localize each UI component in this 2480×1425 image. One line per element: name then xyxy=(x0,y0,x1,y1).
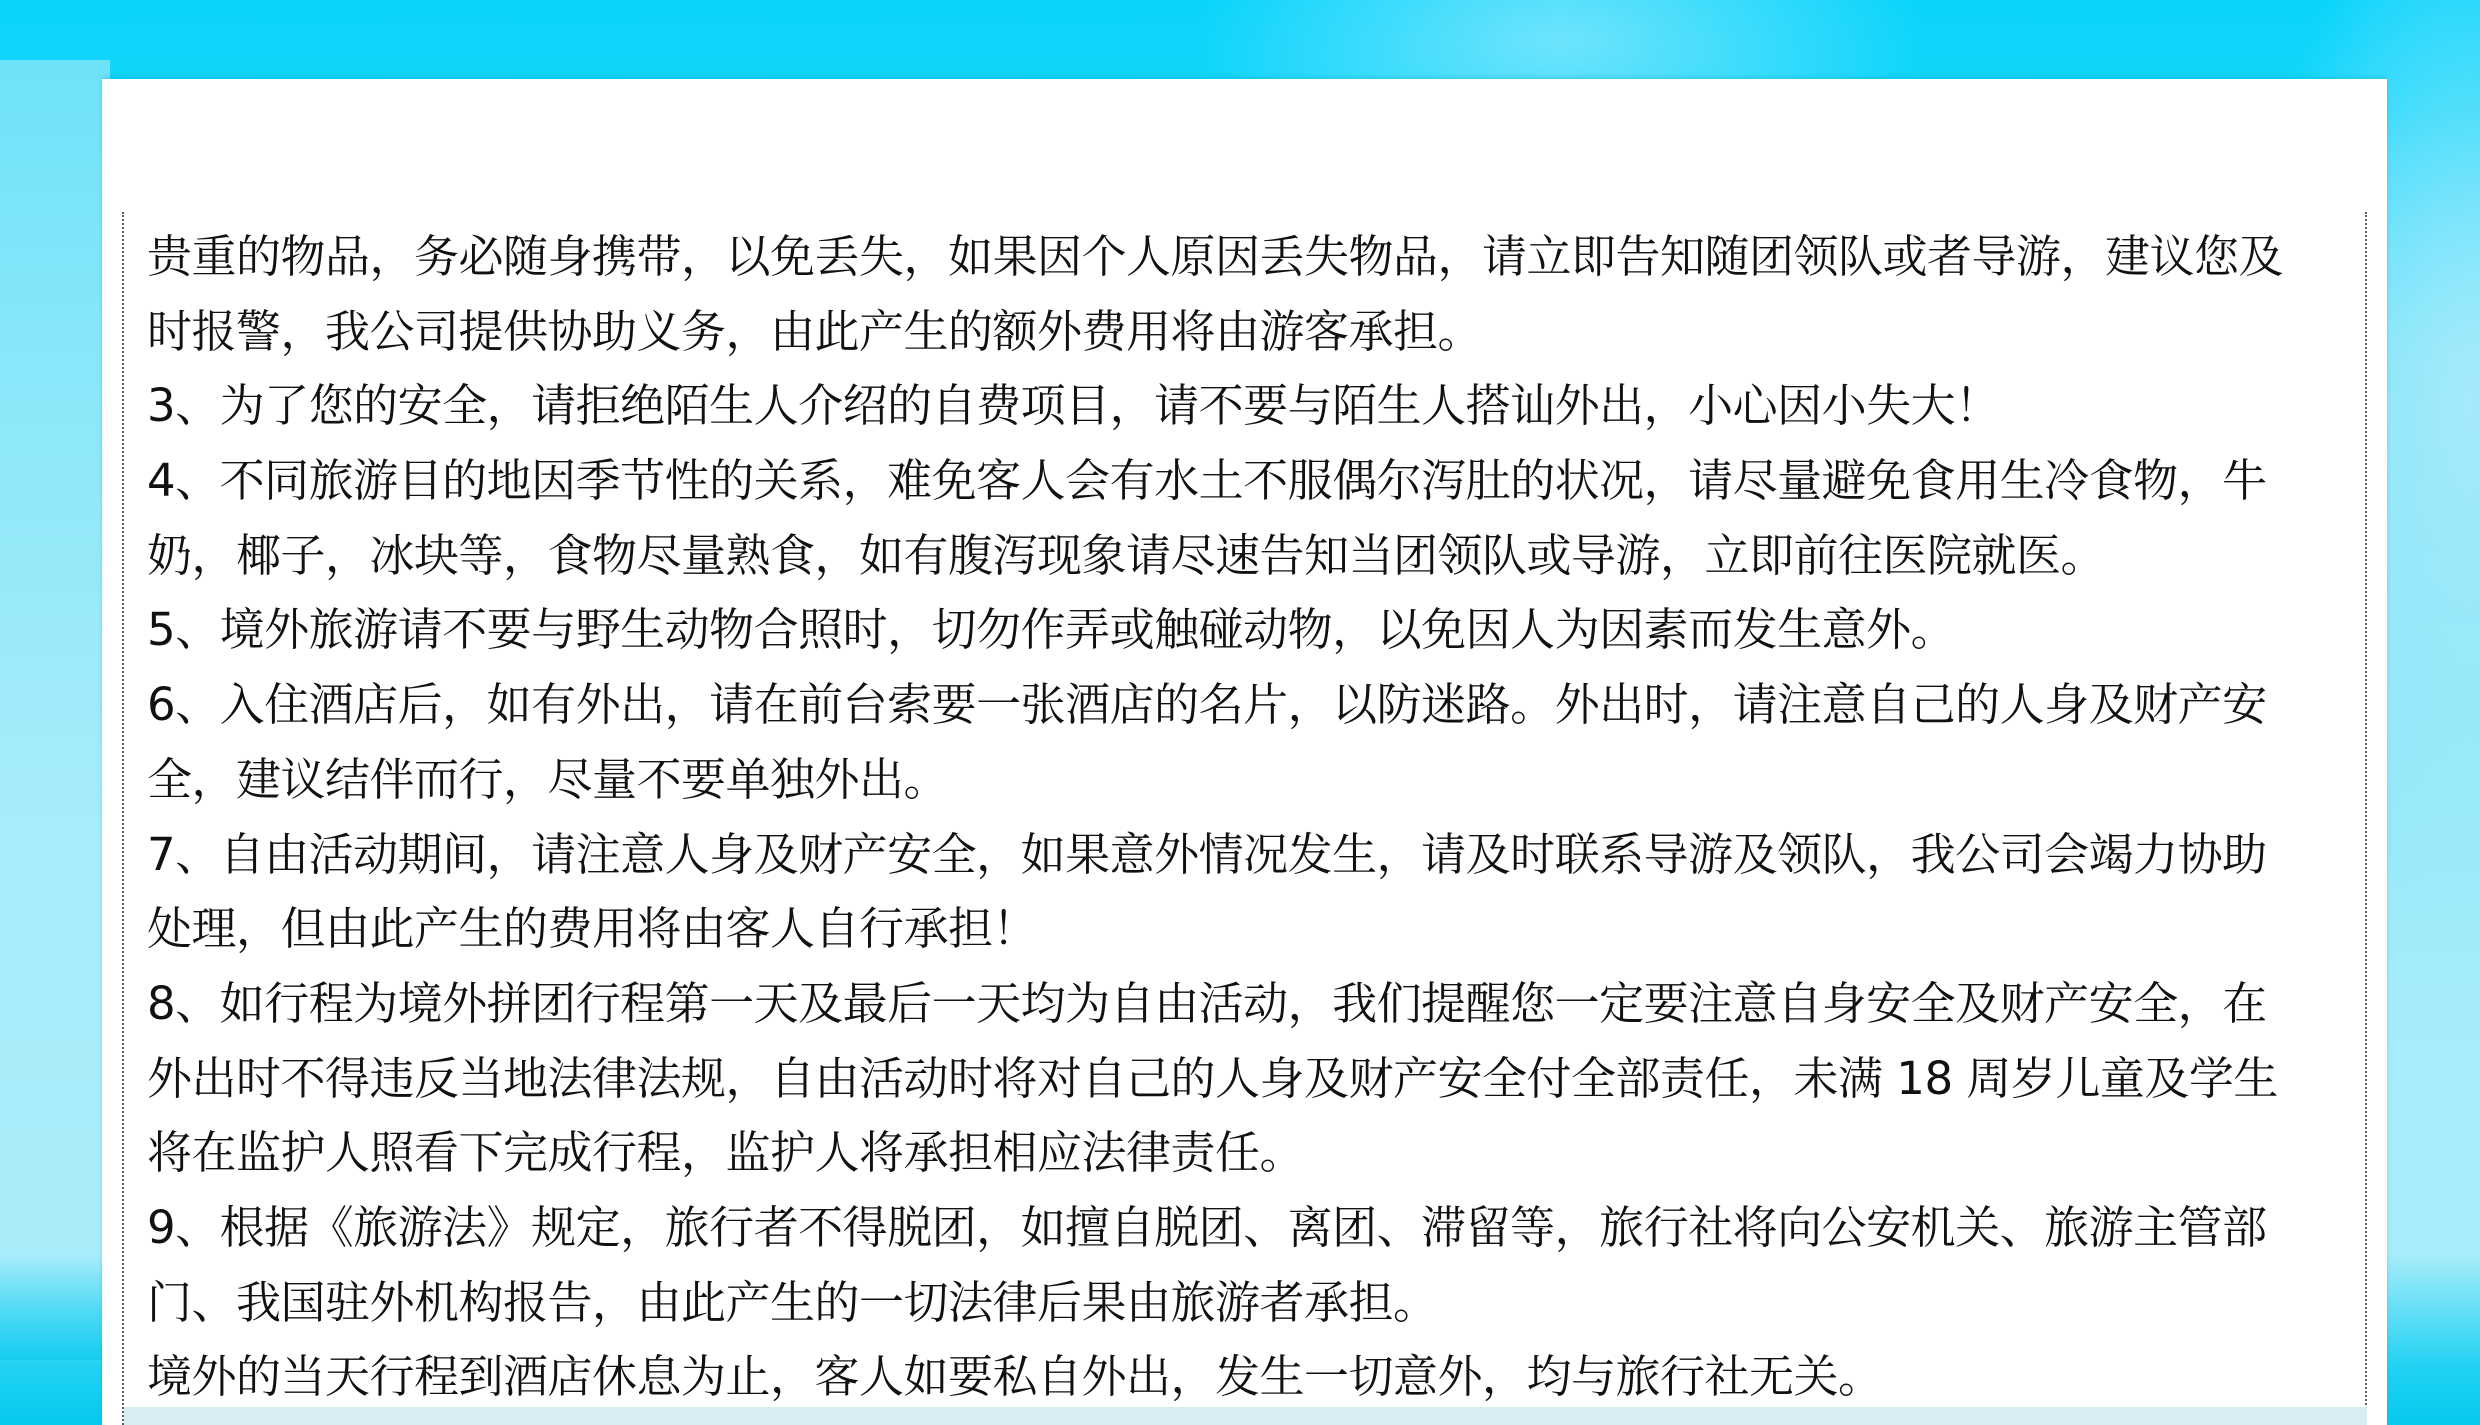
notice-item-9: 9、根据《旅游法》规定，旅行者不得脱团，如擅自脱团、离团、滞留等，旅行社将向公安… xyxy=(147,1191,2347,1266)
notice-item-3: 3、为了您的安全，请拒绝陌生人介绍的自费项目，请不要与陌生人搭讪外出，小心因小失… xyxy=(147,369,2347,444)
notice-item-4-cont: 奶，椰子，冰块等，食物尽量熟食，如有腹泻现象请尽速告知当团领队或导游，立即前往医… xyxy=(147,519,2347,594)
notice-item-9-cont: 门、我国驻外机构报告，由此产生的一切法律后果由旅游者承担。 xyxy=(147,1266,2347,1341)
notice-item-4: 4、不同旅游目的地因季节性的关系，难免客人会有水土不服偶尔泻肚的状况，请尽量避免… xyxy=(147,444,2347,519)
notice-item-8-cont: 外出时不得违反当地法律法规，自由活动时将对自己的人身及财产安全付全部责任，未满 … xyxy=(147,1042,2347,1117)
notice-text-body: 贵重的物品，务必随身携带，以免丢失，如果因个人原因丢失物品，请立即告知随团领队或… xyxy=(147,220,2347,1415)
notice-item-6: 6、入住酒店后，如有外出，请在前台索要一张酒店的名片，以防迷路。外出时，请注意自… xyxy=(147,668,2347,743)
notice-item-8: 8、如行程为境外拼团行程第一天及最后一天均为自由活动，我们提醒您一定要注意自身安… xyxy=(147,967,2347,1042)
notice-item-5: 5、境外旅游请不要与野生动物合照时，切勿作弄或触碰动物，以免因人为因素而发生意外… xyxy=(147,593,2347,668)
closing-note: 境外的当天行程到酒店休息为止，客人如要私自外出，发生一切意外，均与旅行社无关。 xyxy=(147,1340,2347,1415)
notice-item-7-cont: 处理，但由此产生的费用将由客人自行承担！ xyxy=(147,892,2347,967)
notice-item-7: 7、自由活动期间，请注意人身及财产安全，如果意外情况发生，请及时联系导游及领队，… xyxy=(147,818,2347,893)
notice-item-8-cont: 将在监护人照看下完成行程，监护人将承担相应法律责任。 xyxy=(147,1116,2347,1191)
text-line-continuation: 时报警，我公司提供协助义务，由此产生的额外费用将由游客承担。 xyxy=(147,295,2347,370)
document-panel: 贵重的物品，务必随身携带，以免丢失，如果因个人原因丢失物品，请立即告知随团领队或… xyxy=(102,79,2387,1425)
notice-item-6-cont: 全，建议结伴而行，尽量不要单独外出。 xyxy=(147,743,2347,818)
text-line-continuation: 贵重的物品，务必随身携带，以免丢失，如果因个人原因丢失物品，请立即告知随团领队或… xyxy=(147,220,2347,295)
background-glow xyxy=(0,60,110,1360)
